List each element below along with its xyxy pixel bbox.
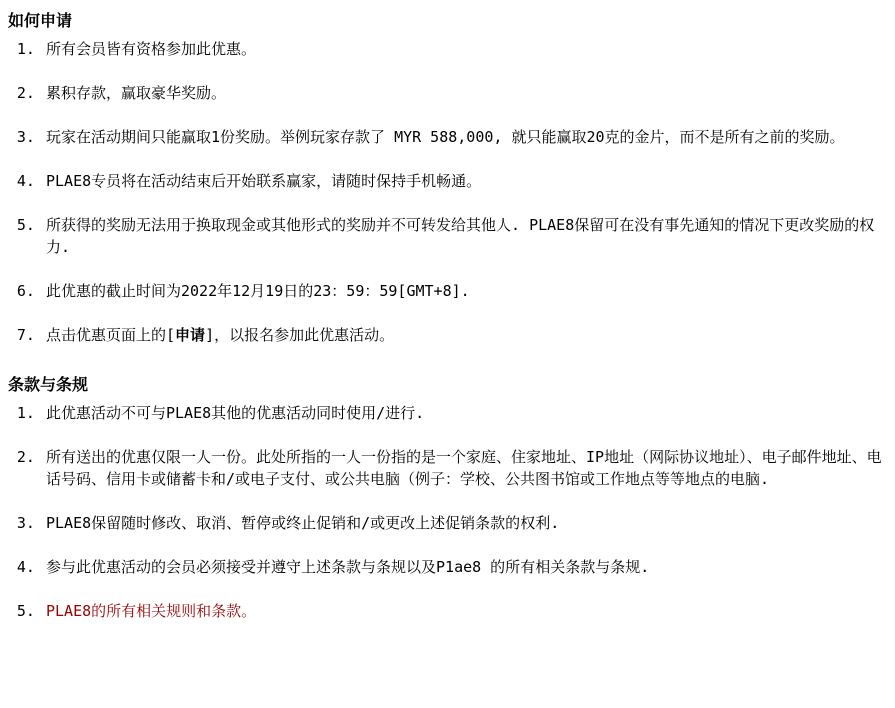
- how-to-apply-title: 如何申请: [8, 10, 885, 32]
- list-item: 所有会员皆有资格参加此优惠。: [44, 38, 885, 60]
- apply-keyword: 申请: [175, 326, 205, 344]
- list-item-text: 点击优惠页面上的[: [46, 326, 175, 344]
- list-item-text: 玩家在活动期间只能赢取1份奖励。举例玩家存款了 MYR 588,000, 就只能…: [46, 128, 845, 146]
- list-item: PLAE8的所有相关规则和条款。: [44, 600, 885, 622]
- list-item: PLAE8保留随时修改、取消、暂停或终止促销和/或更改上述促销条款的权利.: [44, 512, 885, 534]
- list-item-text: 参与此优惠活动的会员必须接受并遵守上述条款与条规以及P1ae8 的所有相关条款与…: [46, 558, 649, 576]
- how-to-apply-list: 所有会员皆有资格参加此优惠。 累积存款，赢取豪华奖励。 玩家在活动期间只能赢取1…: [8, 38, 885, 346]
- terms-list: 此优惠活动不可与PLAE8其他的优惠活动同时使用/进行. 所有送出的优惠仅限一人…: [8, 402, 885, 622]
- list-item-text: 累积存款，赢取豪华奖励。: [46, 84, 226, 102]
- list-item-text: 所有送出的优惠仅限一人一份。此处所指的一人一份指的是一个家庭、住家地址、IP地址…: [46, 448, 882, 488]
- list-item: 此优惠的截止时间为2022年12月19日的23：59：59[GMT+8].: [44, 280, 885, 302]
- list-item-text: PLAE8保留随时修改、取消、暂停或终止促销和/或更改上述促销条款的权利.: [46, 514, 559, 532]
- terms-section: 条款与条规 此优惠活动不可与PLAE8其他的优惠活动同时使用/进行. 所有送出的…: [8, 374, 885, 622]
- terms-title: 条款与条规: [8, 374, 885, 396]
- list-item: 点击优惠页面上的[申请]，以报名参加此优惠活动。: [44, 324, 885, 346]
- list-item-text: ]，以报名参加此优惠活动。: [205, 326, 394, 344]
- list-item: PLAE8专员将在活动结束后开始联系赢家，请随时保持手机畅通。: [44, 170, 885, 192]
- list-item: 此优惠活动不可与PLAE8其他的优惠活动同时使用/进行.: [44, 402, 885, 424]
- list-item: 参与此优惠活动的会员必须接受并遵守上述条款与条规以及P1ae8 的所有相关条款与…: [44, 556, 885, 578]
- how-to-apply-section: 如何申请 所有会员皆有资格参加此优惠。 累积存款，赢取豪华奖励。 玩家在活动期间…: [8, 10, 885, 346]
- list-item-text: PLAE8专员将在活动结束后开始联系赢家，请随时保持手机畅通。: [46, 172, 481, 190]
- list-item: 累积存款，赢取豪华奖励。: [44, 82, 885, 104]
- promotion-terms-page: 如何申请 所有会员皆有资格参加此优惠。 累积存款，赢取豪华奖励。 玩家在活动期间…: [0, 0, 895, 708]
- list-item-text: 所有会员皆有资格参加此优惠。: [46, 40, 256, 58]
- list-item-text: 此优惠活动不可与PLAE8其他的优惠活动同时使用/进行.: [46, 404, 424, 422]
- list-item: 玩家在活动期间只能赢取1份奖励。举例玩家存款了 MYR 588,000, 就只能…: [44, 126, 885, 148]
- list-item: 所获得的奖励无法用于换取现金或其他形式的奖励并不可转发给其他人. PLAE8保留…: [44, 214, 885, 258]
- list-item-text: 所获得的奖励无法用于换取现金或其他形式的奖励并不可转发给其他人. PLAE8保留…: [46, 216, 874, 256]
- list-item-text: 此优惠的截止时间为2022年12月19日的23：59：59[GMT+8].: [46, 282, 470, 300]
- list-item: 所有送出的优惠仅限一人一份。此处所指的一人一份指的是一个家庭、住家地址、IP地址…: [44, 446, 885, 490]
- related-rules-highlight-text: PLAE8的所有相关规则和条款。: [46, 602, 256, 620]
